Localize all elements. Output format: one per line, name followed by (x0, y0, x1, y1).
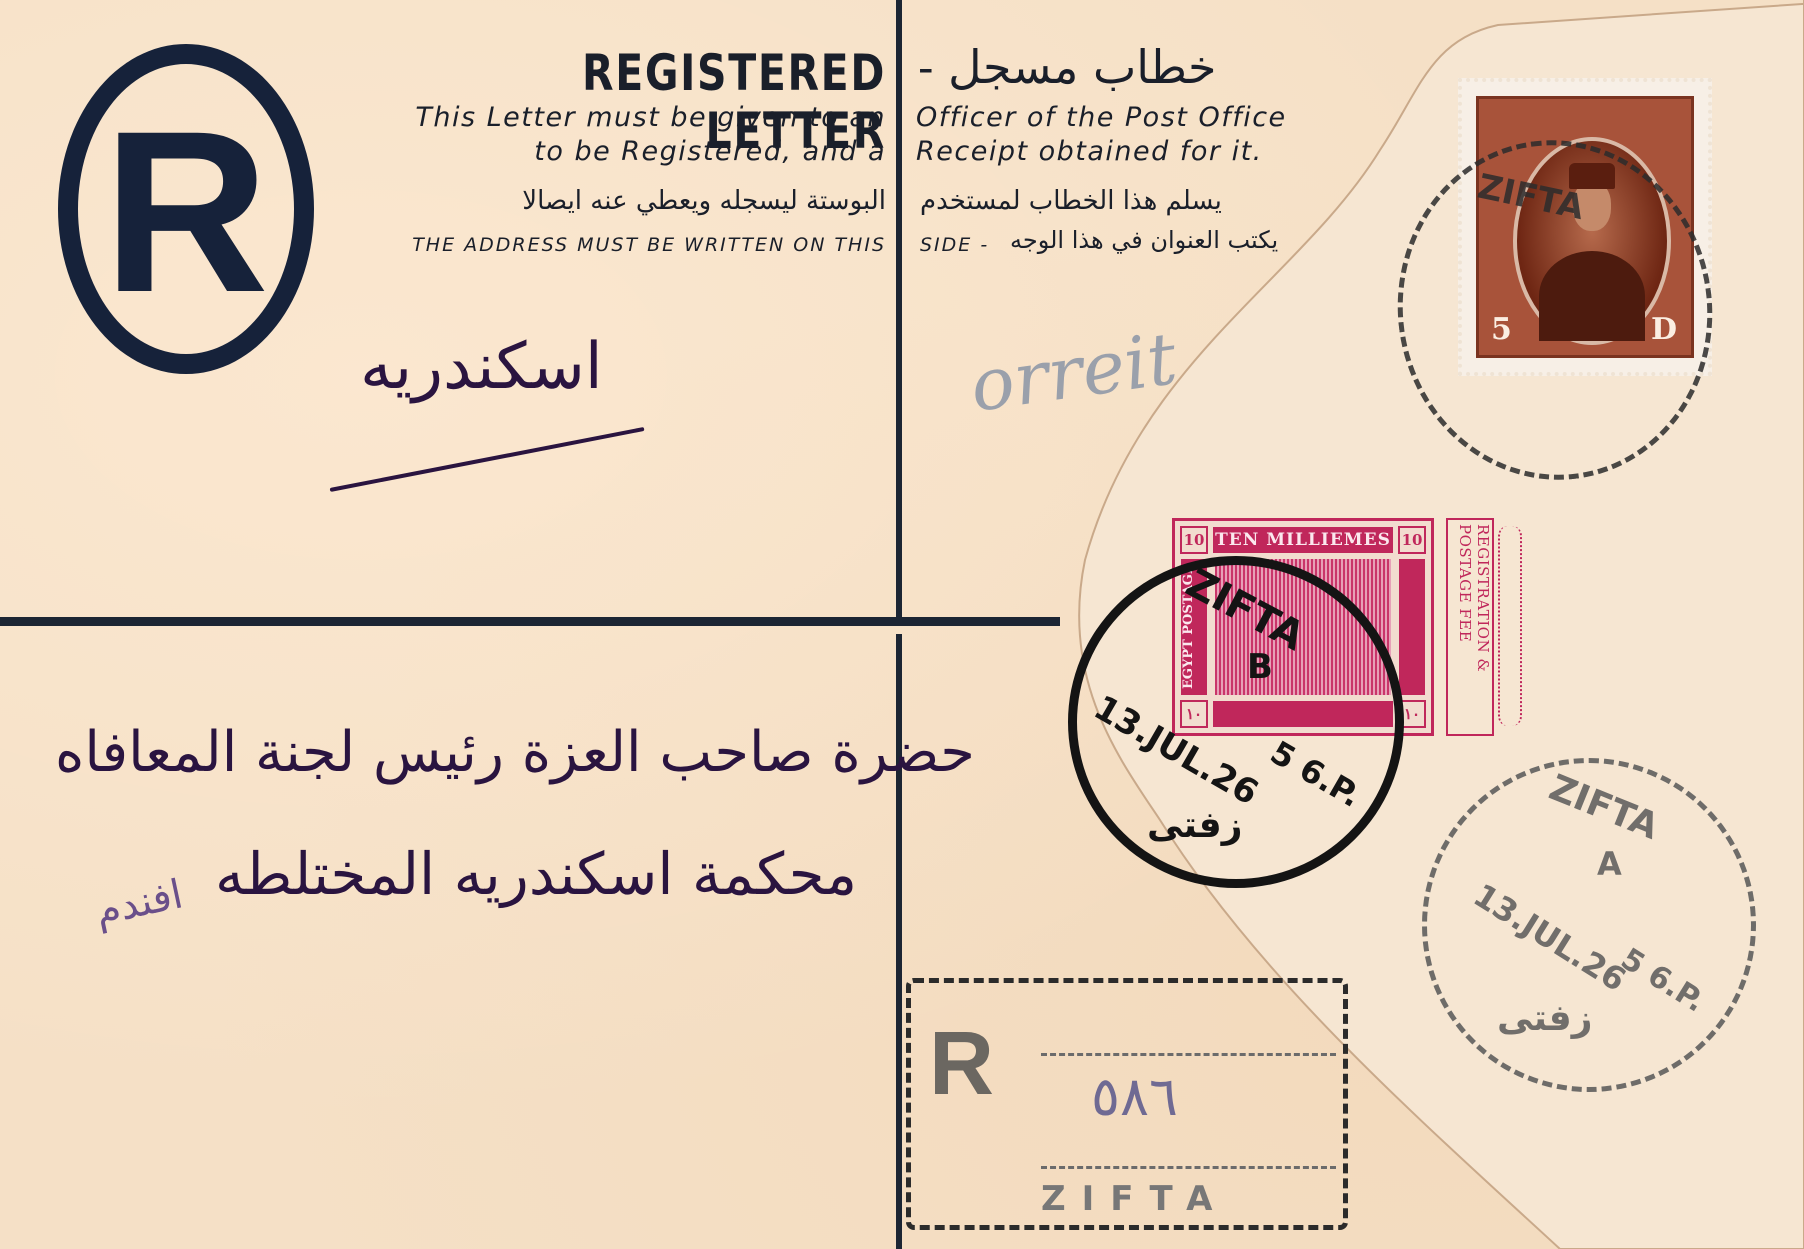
instruction-en-right-2: Receipt obtained for it. (916, 136, 1263, 167)
postmark-zifta-2: ZIFTA B 13.JUL.26 5 6.P. زفتى (1068, 556, 1404, 888)
registration-fee-label: REGISTRATION & POSTAGE FEE (1456, 524, 1492, 734)
instruction-ar-right: يسلم هذا الخطاب لمستخدم (920, 186, 1222, 216)
stamp-corner-value: 10 (1398, 526, 1426, 554)
divider-horizontal (0, 617, 1060, 626)
divider-vertical-top (896, 0, 902, 620)
postmark-arabic-town: زفتى (1147, 805, 1242, 846)
address-line-1: حضرة صاحب العزة رئيس لجنة المعافاه (55, 720, 975, 785)
instruction-ar-left: البوستة ليسجله ويعطي عنه ايصالا (522, 186, 886, 216)
address-note-left: THE ADDRESS MUST BE WRITTEN ON THIS (412, 234, 886, 256)
postmark-town: ZIFTA (1474, 167, 1587, 228)
instruction-en-left-2: to be Registered, and a (534, 136, 886, 167)
postmark-date: 13.JUL.26 (1087, 688, 1265, 814)
ornament-scroll-icon (1498, 526, 1522, 726)
registration-town: ZIFTA (1041, 1179, 1228, 1219)
stamp-top-label: TEN MILLIEMES (1213, 527, 1393, 553)
postmark-letter: A (1597, 845, 1622, 883)
instruction-en-left-1: This Letter must be given to an (415, 102, 886, 133)
registration-r-mark: R (929, 1013, 994, 1116)
registration-fee-panel: REGISTRATION & POSTAGE FEE (1446, 518, 1494, 736)
postmark-letter: B (1247, 647, 1273, 687)
registered-r-icon: R (58, 44, 314, 374)
address-note-right: SIDE - (920, 234, 989, 256)
handwritten-sender-city: اسكندريه (360, 330, 603, 404)
postmark-arabic-town: زفتى (1497, 998, 1592, 1039)
postmark-town: ZIFTA (1179, 560, 1312, 660)
logo-letter: R (103, 97, 269, 327)
stamp-side-arabic (1399, 559, 1425, 695)
postmark-time: 5 6.P. (1615, 941, 1711, 1019)
envelope: R REGISTERED LETTER خطاب مسجل - This Let… (0, 0, 1804, 1249)
address-line-2: محكمة اسكندريه المختلطه (215, 840, 857, 908)
postmark-zifta-3: ZIFTA A 13.JUL.26 5 6.P. زفتى (1422, 758, 1756, 1092)
address-note-arabic: يكتب العنوان في هذا الوجه (1010, 226, 1278, 254)
instruction-en-right-1: Officer of the Post Office (916, 102, 1287, 133)
registration-number: ٥٨٦ (1091, 1065, 1178, 1128)
registration-label: R ٥٨٦ ZIFTA (906, 978, 1348, 1230)
title-arabic: خطاب مسجل - (918, 40, 1216, 94)
postmark-town: ZIFTA (1543, 767, 1664, 848)
postmark-date: 13.JUL.26 (1467, 876, 1633, 999)
stamp-corner-value: 10 (1180, 526, 1208, 554)
registration-number-box (1041, 1053, 1336, 1169)
postmark-time: 5 6.P. (1264, 733, 1367, 815)
